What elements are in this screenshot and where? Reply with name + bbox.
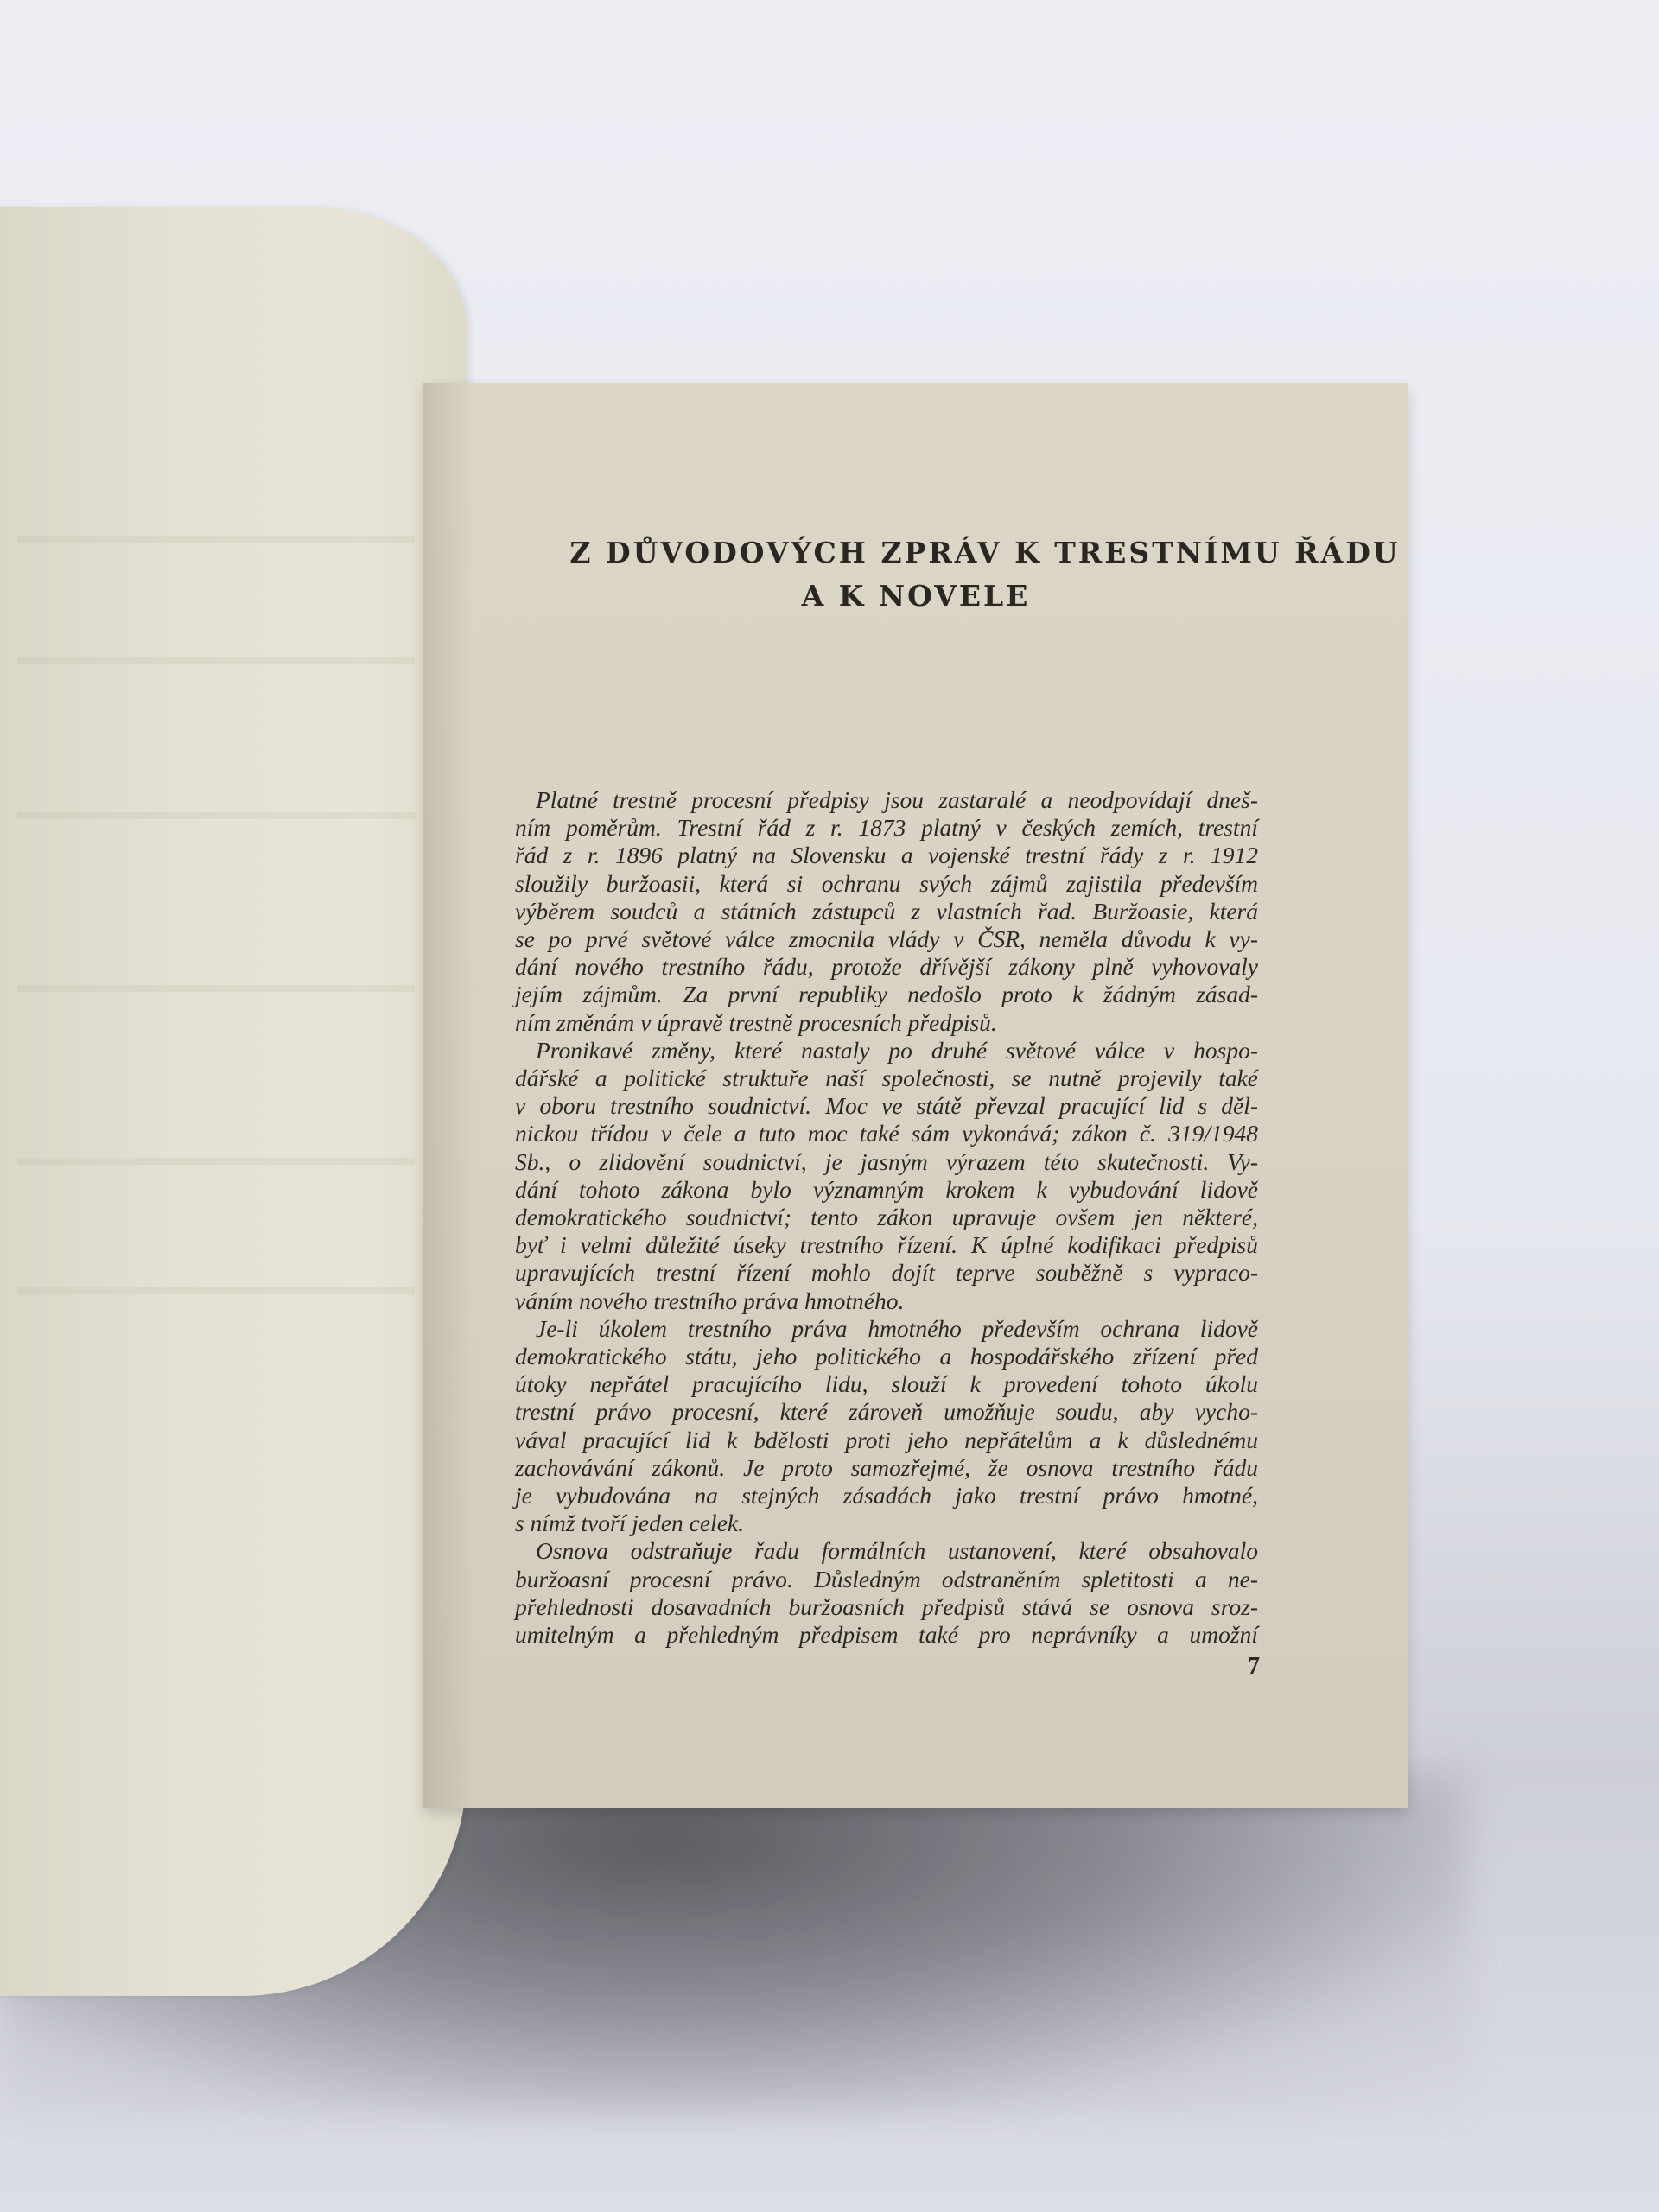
text-line: váním nového trestního práva hmotného. [515,1287,1258,1315]
text-line: Osnova odstraňuje řadu formálních ustano… [515,1537,1258,1565]
text-line: Platné trestně procesní předpisy jsou za… [515,786,1258,814]
text-line: nickou třídou v čele a tuto moc také sám… [515,1120,1258,1147]
text-line: upravujících trestní řízení mohlo dojít … [515,1259,1258,1287]
text-line: je vybudována na stejných zásadách jako … [515,1482,1258,1510]
text-line: umitelným a přehledným předpisem také pr… [515,1621,1258,1649]
bleed-through [17,812,415,819]
text-line: demokratického státu, jeho politického a… [515,1343,1258,1370]
right-page: Z DŮVODOVÝCH ZPRÁV K TRESTNÍMU ŘÁDU A K … [423,383,1408,1808]
text-line: ním poměrům. Trestní řád z r. 1873 platn… [515,814,1258,842]
page-number: 7 [1248,1653,1260,1681]
text-line: výběrem soudců a státních zástupců z vla… [515,898,1258,925]
chapter-title: Z DŮVODOVÝCH ZPRÁV K TRESTNÍMU ŘÁDU A K … [423,531,1408,618]
title-line-1: Z DŮVODOVÝCH ZPRÁV K TRESTNÍMU ŘÁDU [562,531,1408,575]
bleed-through [17,1287,415,1294]
text-line: řád z r. 1896 platný na Slovensku a voje… [515,842,1258,869]
text-line: vával pracující lid k bdělosti proti jeh… [515,1427,1258,1454]
text-line: s nímž tvoří jeden celek. [515,1510,1258,1537]
bleed-through [17,985,415,992]
bleed-through [17,657,415,664]
bleed-through [17,1158,415,1165]
text-line: trestní právo procesní, které zároveň um… [515,1398,1258,1426]
bleed-through [17,536,415,543]
text-line: zachovávání zákonů. Je proto samozřejmé,… [515,1454,1258,1482]
text-line: Je-li úkolem trestního práva hmotného př… [515,1315,1258,1343]
body-text: Platné trestně procesní předpisy jsou za… [515,786,1258,1649]
text-line: dání nového trestního řádu, protože dřív… [515,953,1258,981]
text-line: v oboru trestního soudnictví. Moc ve stá… [515,1092,1258,1120]
left-page-curled [0,207,467,1996]
text-line: Pronikavé změny, které nastaly po druhé … [515,1037,1258,1065]
text-line: Sb., o zlidovění soudnictví, je jasným v… [515,1148,1258,1176]
text-line: ním změnám v úpravě trestně procesních p… [515,1009,1258,1037]
text-line: jejím zájmům. Za první republiky nedošlo… [515,981,1258,1008]
text-line: se po prvé světové válce zmocnila vlády … [515,925,1258,953]
text-line: dání tohoto zákona bylo významným krokem… [515,1176,1258,1204]
text-line: útoky nepřátel pracujícího lidu, slouží … [515,1370,1258,1398]
text-line: sloužily buržoasii, která si ochranu svý… [515,870,1258,898]
text-line: přehlednosti dosavadních buržoasních pře… [515,1593,1258,1621]
title-line-2: A K NOVELE [562,575,1408,618]
text-line: demokratického soudnictví; tento zákon u… [515,1204,1258,1231]
text-line: buržoasní procesní právo. Důsledným odst… [515,1566,1258,1593]
text-line: dářské a politické struktuře naší společ… [515,1065,1258,1092]
text-line: byť i velmi důležité úseky trestního říz… [515,1231,1258,1259]
